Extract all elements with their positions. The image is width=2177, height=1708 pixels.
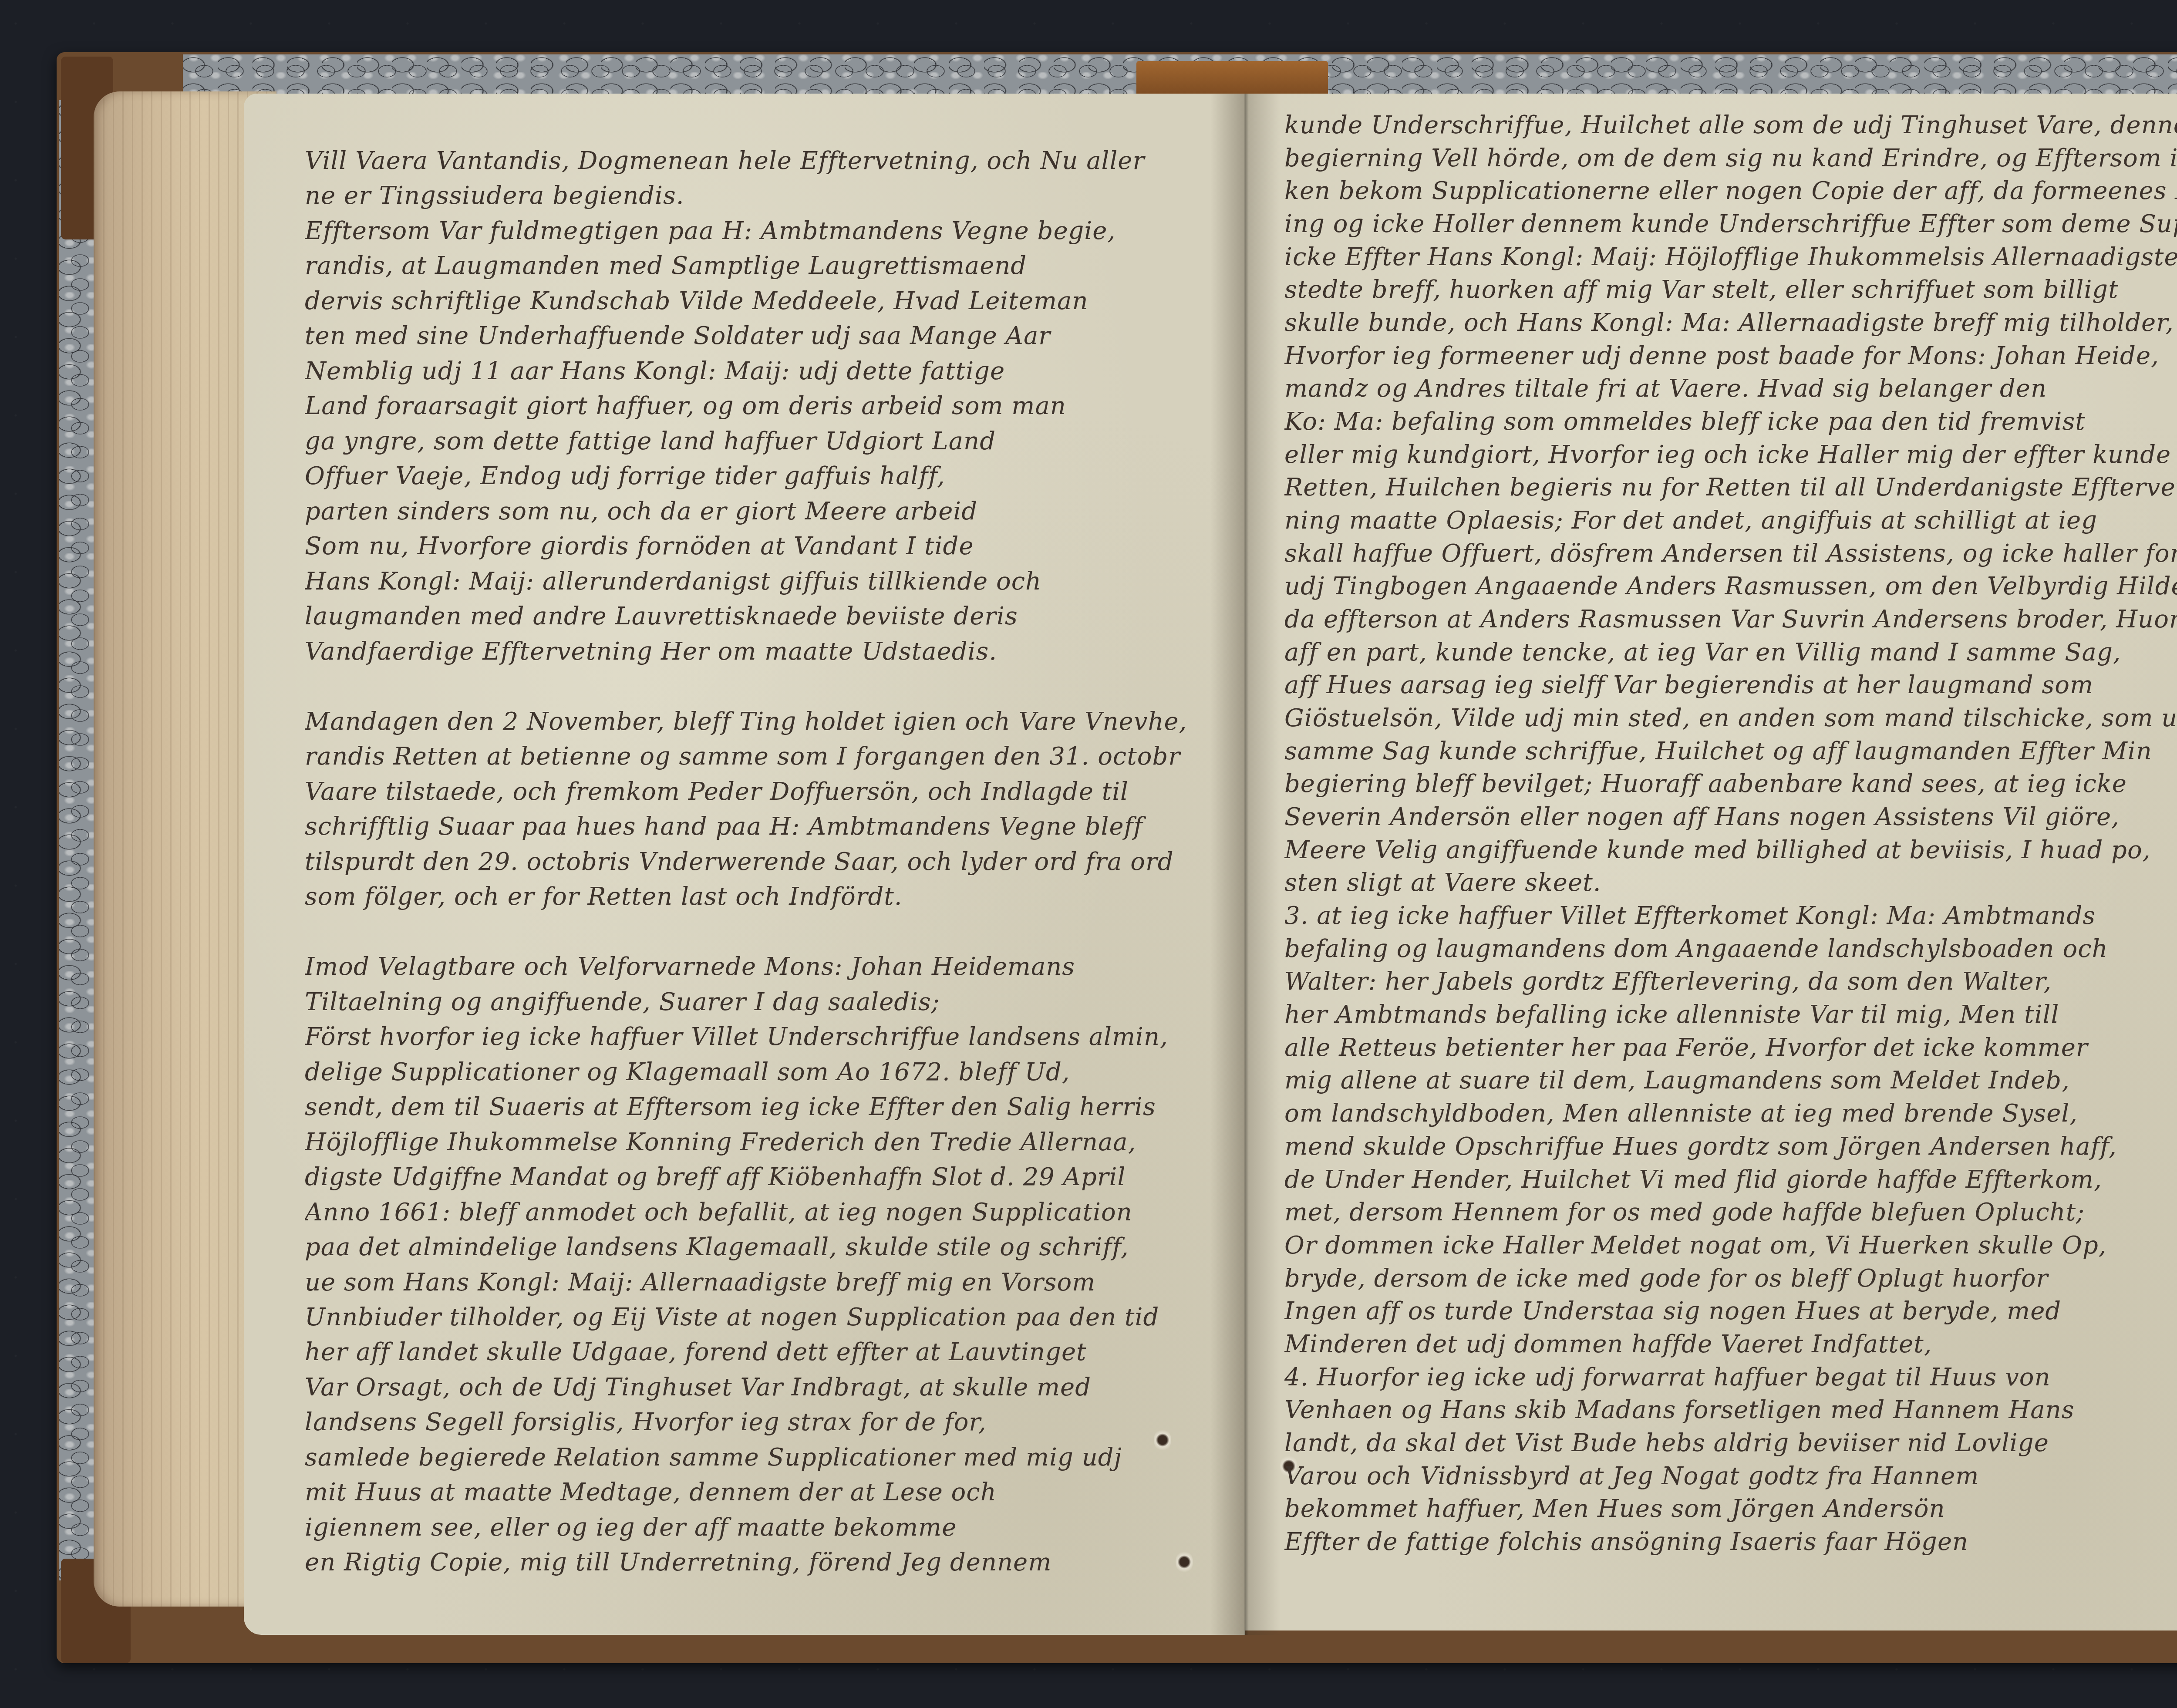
manuscript-line: Severin Andersön eller nogen aff Hans no… <box>1284 801 2177 834</box>
manuscript-line: begiering bleff bevilget; Huoraff aabenb… <box>1284 768 2177 801</box>
right-page-text: kunde Underschriffue, Huilchet alle som … <box>1284 109 2177 1559</box>
manuscript-line: aff en part, kunde tencke, at ieg Var en… <box>1284 636 2177 669</box>
manuscript-line: randis Retten at betienne og samme som I… <box>305 739 1219 774</box>
manuscript-line: Or dommen icke Haller Meldet nogat om, V… <box>1284 1229 2177 1262</box>
manuscript-line: en Rigtig Copie, mig till Underretning, … <box>305 1545 1219 1580</box>
manuscript-line: Land foraarsagit giort haffuer, og om de… <box>305 389 1219 424</box>
left-page-text: Vill Vaera Vantandis, Dogmenean hele Eff… <box>305 144 1219 1580</box>
manuscript-line: Minderen det udj dommen haffde Vaeret In… <box>1284 1328 2177 1361</box>
manuscript-line: Hvorfor ieg formeener udj denne post baa… <box>1284 340 2177 373</box>
manuscript-line: tilspurdt den 29. octobris Vnderwerende … <box>305 845 1219 879</box>
manuscript-line: Vandfaerdige Efftervetning Her om maatte… <box>305 634 1219 669</box>
manuscript-line: ken bekom Supplicationerne eller nogen C… <box>1284 175 2177 208</box>
manuscript-line: Anno 1661: bleff anmodet och befallit, a… <box>305 1195 1219 1230</box>
manuscript-line: bryde, dersom de icke med gode for os bl… <box>1284 1262 2177 1295</box>
manuscript-line: mend skulde Opschriffue Hues gordtz som … <box>1284 1130 2177 1163</box>
manuscript-line: Höjlofflige Ihukommelse Konning Frederic… <box>305 1125 1219 1160</box>
manuscript-line: da effterson at Anders Rasmussen Var Suv… <box>1284 603 2177 636</box>
manuscript-line: Ko: Ma: befaling som ommeldes bleff icke… <box>1284 405 2177 438</box>
manuscript-line: Giöstuelsön, Vilde udj min sted, en ande… <box>1284 702 2177 735</box>
manuscript-line: alle Retteus betienter her paa Feröe, Hv… <box>1284 1031 2177 1065</box>
manuscript-line: delige Supplicationer og Klagemaall som … <box>305 1055 1219 1090</box>
manuscript-line: Mandagen den 2 November, bleff Ting hold… <box>305 704 1219 739</box>
manuscript-line: ten med sine Underhaffuende Soldater udj… <box>305 319 1219 354</box>
manuscript-line: igiennem see, eller og ieg der aff maatt… <box>305 1510 1219 1545</box>
manuscript-line: kunde Underschriffue, Huilchet alle som … <box>1284 109 2177 142</box>
manuscript-line: Som nu, Hvorfore giordis fornöden at Van… <box>305 529 1219 564</box>
manuscript-line: Vill Vaera Vantandis, Dogmenean hele Eff… <box>305 144 1219 179</box>
manuscript-line: paa det almindelige landsens Klagemaall,… <box>305 1230 1219 1265</box>
manuscript-line: Nemblig udj 11 aar Hans Kongl: Maij: udj… <box>305 354 1219 389</box>
manuscript-line: met, dersom Hennem for os med gode haffd… <box>1284 1196 2177 1229</box>
manuscript-line: laugmanden med andre Lauvrettisknaede be… <box>305 599 1219 634</box>
manuscript-line: samlede begierede Relation samme Supplic… <box>305 1440 1219 1475</box>
manuscript-line: skulle bunde, och Hans Kongl: Ma: Allern… <box>1284 307 2177 340</box>
manuscript-line: ne er Tingssiudera begiendis. <box>305 179 1219 213</box>
manuscript-line: ing og icke Holler dennem kunde Undersch… <box>1284 208 2177 241</box>
manuscript-line: ning maatte Oplaesis; For det andet, ang… <box>1284 504 2177 537</box>
manuscript-line: mandz og Andres tiltale fri at Vaere. Hv… <box>1284 372 2177 405</box>
manuscript-line: udj Tingbogen Angaaende Anders Rasmussen… <box>1284 570 2177 603</box>
manuscript-line: Efftersom Var fuldmegtigen paa H: Ambtma… <box>305 214 1219 249</box>
manuscript-line: Hans Kongl: Maij: allerunderdanigst giff… <box>305 564 1219 599</box>
manuscript-line: Först hvorfor ieg icke haffuer Villet Un… <box>305 1020 1219 1054</box>
manuscript-line: her aff landet skulle Udgaae, forend det… <box>305 1335 1219 1370</box>
manuscript-line: Meere Velig angiffuende kunde med billig… <box>1284 834 2177 867</box>
manuscript-line: skall haffue Offuert, dösfrem Andersen t… <box>1284 537 2177 570</box>
manuscript-line: Var Orsagt, och de Udj Tinghuset Var Ind… <box>305 1370 1219 1405</box>
manuscript-line: icke Effter Hans Kongl: Maij: Höjlofflig… <box>1284 241 2177 274</box>
manuscript-line: om landschyldboden, Men allenniste at ie… <box>1284 1097 2177 1130</box>
manuscript-line: randis, at Laugmanden med Samptlige Laug… <box>305 249 1219 283</box>
manuscript-line: Effter de fattige folchis ansögning Isae… <box>1284 1526 2177 1559</box>
manuscript-line: digste Udgiffne Mandat og breff aff Kiöb… <box>305 1160 1219 1195</box>
manuscript-line: mit Huus at maatte Medtage, dennem der a… <box>305 1475 1219 1510</box>
manuscript-line: landt, da skal det Vist Bude hebs aldrig… <box>1284 1427 2177 1460</box>
manuscript-line: mig allene at suare til dem, Laugmandens… <box>1284 1064 2177 1097</box>
manuscript-line: ga yngre, som dette fattige land haffuer… <box>305 424 1219 459</box>
manuscript-line: eller mig kundgiort, Hvorfor ieg och ick… <box>1284 438 2177 472</box>
manuscript-line: Vaare tilstaede, och fremkom Peder Doffu… <box>305 775 1219 809</box>
manuscript-line <box>305 915 1219 950</box>
manuscript-line: som fölger, och er for Retten last och I… <box>305 879 1219 914</box>
manuscript-line: bekommet haffuer, Men Hues som Jörgen An… <box>1284 1492 2177 1526</box>
manuscript-line: Ingen aff os turde Understaa sig nogen H… <box>1284 1295 2177 1328</box>
manuscript-line: befaling og laugmandens dom Angaaende la… <box>1284 933 2177 966</box>
manuscript-line: Tiltaelning og angiffuende, Suarer I dag… <box>305 985 1219 1020</box>
manuscript-line: sten sligt at Vaere skeet. <box>1284 866 2177 899</box>
manuscript-line: Offuer Vaeje, Endog udj forrige tider ga… <box>305 459 1219 494</box>
manuscript-line: schrifftlig Suaar paa hues hand paa H: A… <box>305 809 1219 844</box>
manuscript-line: aff Hues aarsag ieg sielff Var begierend… <box>1284 669 2177 702</box>
manuscript-line: samme Sag kunde schriffue, Huilchet og a… <box>1284 735 2177 768</box>
manuscript-line: begierning Vell hörde, om de dem sig nu … <box>1284 142 2177 175</box>
manuscript-line: Retten, Huilchen begieris nu for Retten … <box>1284 471 2177 504</box>
manuscript-line: dervis schriftlige Kundschab Vilde Medde… <box>305 284 1219 319</box>
manuscript-line: 4. Huorfor ieg icke udj forwarrat haffue… <box>1284 1361 2177 1394</box>
manuscript-line: landsens Segell forsiglis, Hvorfor ieg s… <box>305 1405 1219 1440</box>
leather-spine-cap <box>1136 61 1328 98</box>
manuscript-line: ue som Hans Kongl: Maij: Allernaadigste … <box>305 1265 1219 1300</box>
manuscript-line: Imod Velagtbare och Velforvarnede Mons: … <box>305 950 1219 984</box>
manuscript-line: sendt, dem til Suaeris at Efftersom ieg … <box>305 1090 1219 1125</box>
manuscript-line: her Ambtmands befalling icke allenniste … <box>1284 998 2177 1031</box>
manuscript-line: 3. at ieg icke haffuer Villet Effterkome… <box>1284 899 2177 933</box>
manuscript-line: Unnbiuder tilholder, og Eij Viste at nog… <box>305 1300 1219 1335</box>
manuscript-line: Varou och Vidnissbyrd at Jeg Nogat godtz… <box>1284 1460 2177 1493</box>
manuscript-line: stedte breff, huorken aff mig Var stelt,… <box>1284 273 2177 307</box>
manuscript-line: Venhaen og Hans skib Madans forsetligen … <box>1284 1394 2177 1427</box>
manuscript-line <box>305 669 1219 704</box>
manuscript-line: de Under Hender, Huilchet Vi med flid gi… <box>1284 1163 2177 1196</box>
marbled-left-board <box>59 100 98 1580</box>
manuscript-line: parten sinders som nu, och da er giort M… <box>305 494 1219 529</box>
book-gutter <box>1210 94 1280 1635</box>
manuscript-line: Walter: her Jabels gordtz Effterlevering… <box>1284 965 2177 998</box>
